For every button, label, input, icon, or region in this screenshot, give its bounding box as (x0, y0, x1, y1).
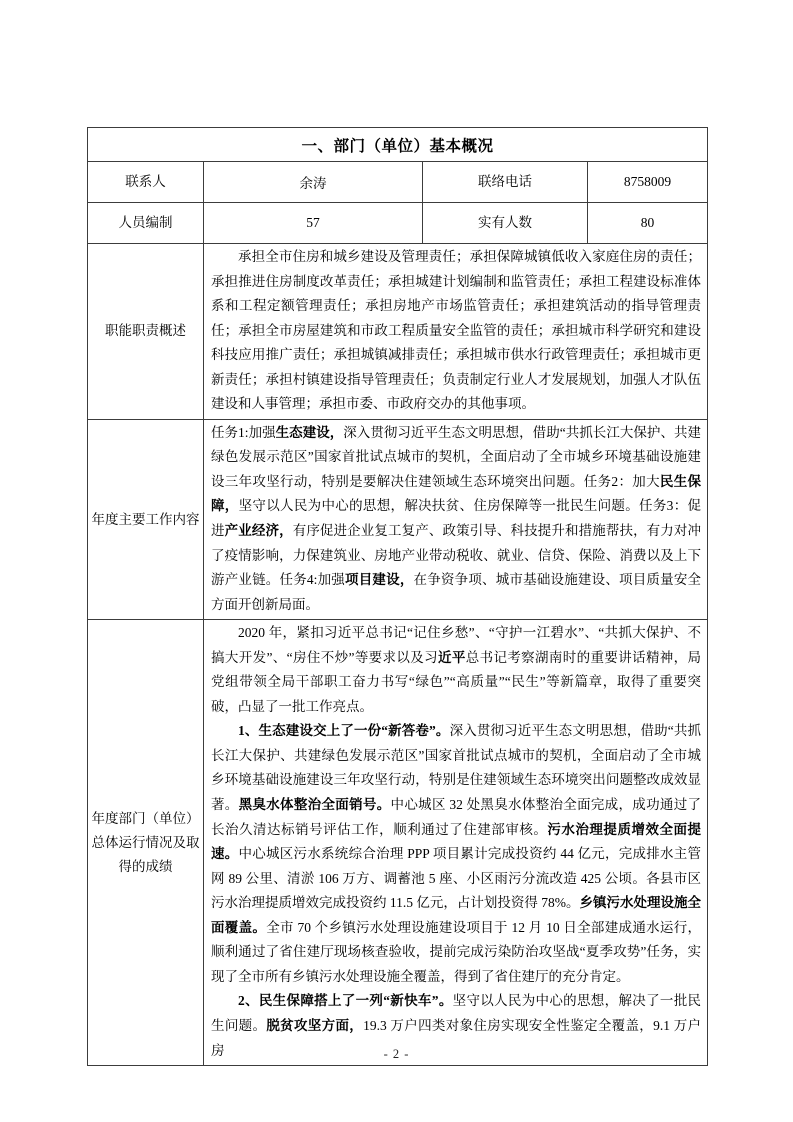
bold-text-run: 1、生态建设交上了一份“新答卷”。 (238, 723, 450, 738)
actual-staff-value: 80 (588, 203, 708, 244)
bold-text-run: 2、民生保障搭上了一列“新快车”。 (238, 993, 453, 1008)
staff-quota-label: 人员编制 (88, 203, 204, 244)
table-title-row: 一、部门（单位）基本概况 (88, 128, 708, 162)
bold-text-run: 产业经济， (225, 523, 293, 538)
table-title: 一、部门（单位）基本概况 (88, 128, 708, 162)
results-section-label: 年度部门（单位）总体运行情况及取得的成绩 (88, 620, 204, 1066)
annual-work-section-row: 年度主要工作内容 任务1:加强生态建设，深入贯彻习近平生态文明思想，借助“共抓长… (88, 419, 708, 619)
text-run: 承担全市住房和城乡建设及管理责任；承担保障城镇低收入家庭住房的责任；承担推进住房… (211, 249, 701, 411)
contact-phone-label: 联络电话 (423, 162, 588, 203)
bold-text-run: 脱贫攻坚方面， (266, 1018, 363, 1033)
basic-overview-table: 一、部门（单位）基本概况 联系人 余涛 联络电话 8758009 人员编制 57… (87, 127, 708, 1066)
duties-section-row: 职能职责概述 承担全市住房和城乡建设及管理责任；承担保障城镇低收入家庭住房的责任… (88, 244, 708, 420)
document-page: 一、部门（单位）基本概况 联系人 余涛 联络电话 8758009 人员编制 57… (0, 0, 793, 1122)
contact-person-value: 余涛 (204, 162, 423, 203)
results-section-row: 年度部门（单位）总体运行情况及取得的成绩 2020 年，紧扣习近平总书记“记住乡… (88, 620, 708, 1066)
bold-text-run: 近平 (438, 650, 466, 665)
text-run: 全市 70 个乡镇污水处理设施建设项目于 12 月 10 日全部建成通水运行，顺… (211, 920, 701, 984)
contact-person-label: 联系人 (88, 162, 204, 203)
bold-text-run: 项目建设， (345, 572, 414, 587)
results-section-content: 2020 年，紧扣习近平总书记“记住乡愁”、“守护一江碧水”、“共抓大保护、不搞… (204, 620, 708, 1066)
contact-phone-value: 8758009 (588, 162, 708, 203)
annual-work-section-label: 年度主要工作内容 (88, 419, 204, 619)
duties-section-label: 职能职责概述 (88, 244, 204, 420)
annual-work-section-content: 任务1:加强生态建设，深入贯彻习近平生态文明思想，借助“共抓长江大保护、共建绿色… (204, 419, 708, 619)
bold-text-run: 黑臭水体整治全面销号。 (239, 797, 391, 812)
staff-quota-value: 57 (204, 203, 423, 244)
text-run: 任务1:加强 (211, 425, 276, 440)
bold-text-run: 生态建设， (276, 425, 344, 440)
staffing-row: 人员编制 57 实有人数 80 (88, 203, 708, 244)
duties-section-content: 承担全市住房和城乡建设及管理责任；承担保障城镇低收入家庭住房的责任；承担推进住房… (204, 244, 708, 420)
contact-row: 联系人 余涛 联络电话 8758009 (88, 162, 708, 203)
page-number: - 2 - (0, 1047, 793, 1062)
actual-staff-label: 实有人数 (423, 203, 588, 244)
